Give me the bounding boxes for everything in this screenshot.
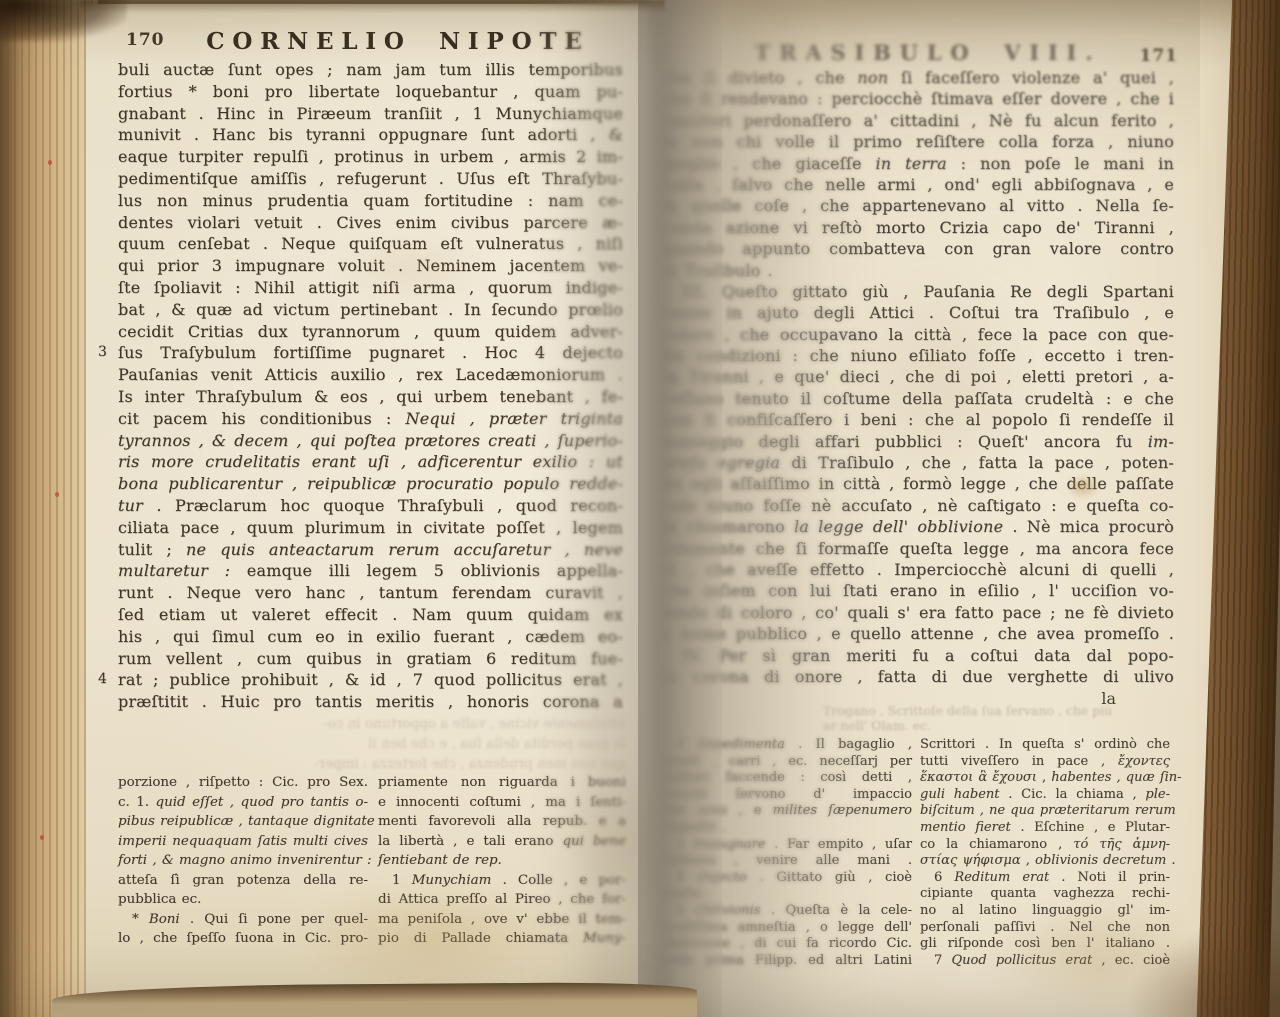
footnote-column: porzione , riſpetto : Cic. pro Sex.c. 1.… bbox=[118, 775, 368, 951]
text-line: bratiſſima amneſtia , o legge dell' bbox=[662, 920, 912, 937]
text-line: ſa chiamarono la legge dell' obblivione … bbox=[662, 517, 1174, 538]
text-line: tyrannos , & decem , qui poſtea prætores… bbox=[118, 431, 623, 453]
right-page: TRASIBULO VIII. 171 che ſi divieto , che… bbox=[648, 0, 1238, 1017]
footnote-column: priamente non riguarda i buonie innocent… bbox=[378, 775, 626, 951]
red-speck bbox=[48, 160, 52, 165]
text-line: co la chiamarono , τό τῆς ἀμνη- bbox=[920, 837, 1170, 854]
red-speck bbox=[55, 492, 59, 497]
text-line: buli auctæ ſunt opes ; nam jam tum illis… bbox=[118, 60, 623, 82]
text-line: ta Tiranni , e que' dieci , che di poi ,… bbox=[662, 367, 1174, 388]
text-line: 1 Munychiam . Colle , e por- bbox=[378, 873, 626, 893]
text-line: ἕκαστοι ἃ ἔχουσι , habentes , quæ ſin- bbox=[920, 770, 1170, 787]
left-page-footnotes: porzione , riſpetto : Cic. pro Sex.c. 1.… bbox=[118, 775, 626, 951]
text-line: Scrittori . In queſta s' ordinò che bbox=[920, 737, 1170, 754]
text-line: rat ; publice prohibuit , & id , 7 quod … bbox=[118, 670, 623, 692]
text-line: priamente non riguarda i buoni bbox=[378, 775, 626, 795]
text-line: obblivione , di cui fa ricordo Cic. bbox=[662, 936, 912, 953]
text-line: impediti . bbox=[662, 820, 912, 837]
text-line: alle armi , e milites ſæpenumero bbox=[662, 803, 912, 820]
text-line: porzione , riſpetto : Cic. pro Sex. bbox=[118, 775, 368, 795]
text-line: fortius * boni pro libertate loquebantur… bbox=[118, 82, 623, 104]
text-line: vincitori perdonaſſero a' cittadini , Nè… bbox=[662, 111, 1174, 132]
text-line: a nome pubblico , e quello attenne , che… bbox=[662, 624, 1174, 645]
margin-section-number: 3 bbox=[98, 344, 107, 360]
text-line: multaretur : eamque illi legem 5 oblivio… bbox=[118, 561, 623, 583]
text-line: bat , & quæ ad victum pertinebant . In ſ… bbox=[118, 300, 623, 322]
text-line: forti , & magno animo invenirentur : bbox=[118, 853, 368, 873]
text-line: runt . Neque vero hanc , tantum ferendam… bbox=[118, 583, 623, 605]
text-line: non ſi confiſcaſſero i beni : che al pop… bbox=[662, 410, 1174, 431]
text-line: e innocenti coſtumi , ma i ſenti- bbox=[378, 795, 626, 815]
text-line: violenza , venire alle mani . bbox=[662, 853, 912, 870]
text-line: 5 Oblivionis . Queſta è la cele- bbox=[662, 903, 912, 920]
text-line: munivit . Hanc bis tyranni oppugnare ſun… bbox=[118, 125, 623, 147]
text-line: quando appunto combatteva con gran valor… bbox=[662, 239, 1174, 260]
text-line: 6 Reditum erat . Noti il prin- bbox=[920, 870, 1170, 887]
text-line: 4 Dejecto . Gittato giù , cioè bbox=[662, 870, 912, 887]
text-line: pibus reipublicæ , tantaque dignitate bbox=[118, 814, 368, 834]
text-line: ſte condizioni : che niuno eſiliato foſſ… bbox=[662, 346, 1174, 367]
right-page-footnotes: 2 Impedimenta . Il bagaglio ,arneſi , ca… bbox=[662, 737, 1176, 969]
text-line: IV. Per sì gran meriti fu a coſtui data … bbox=[662, 646, 1174, 667]
text-line: no al latino linguaggio gl' im- bbox=[920, 903, 1170, 920]
text-line: III. Queſto gittato giù , Pauſania Re de… bbox=[662, 282, 1174, 303]
text-line: venne in ajuto degli Attici . Coſtui tra… bbox=[662, 303, 1174, 324]
text-line: tur . Præclarum hoc quoque Thraſybuli , … bbox=[118, 496, 623, 518]
text-line: rum vellent , cum quibus in gratiam 6 re… bbox=[118, 649, 623, 671]
text-line: ma peniſola , ove v' ebbe il tem- bbox=[378, 912, 626, 932]
red-speck bbox=[40, 835, 44, 840]
text-line: coſe niuno foſſe nè accuſato , nè caſtig… bbox=[662, 496, 1174, 517]
text-line: di Attica preſſo al Pireo , che for- bbox=[378, 892, 626, 912]
text-line: ſed etiam ut valeret effecit . Nam quum … bbox=[118, 605, 623, 627]
dark-corner-top-left bbox=[0, 0, 127, 42]
text-line: qui prior 3 impugnare voluit . Neminem j… bbox=[118, 256, 623, 278]
text-line: tulit ; ne quis anteactarum rerum accuſa… bbox=[118, 540, 623, 562]
text-line: lus non minus prudentia quam fortitudine… bbox=[118, 191, 623, 213]
footnote-column: 2 Impedimenta . Il bagaglio ,arneſi , ca… bbox=[662, 737, 912, 969]
text-line: che ſi rendevano : perciocchè ſtimava eſ… bbox=[662, 89, 1174, 110]
running-title-left: CORNELIO NIPOTE bbox=[118, 28, 623, 55]
show-through-text: Trogano , Scrittoſe della ſua ſervano , … bbox=[823, 703, 1153, 733]
text-line: ſte ſpoliavit : Nihil attigit niſi arma … bbox=[118, 278, 623, 300]
text-line: arneſi , carri , ec. neceſſarj per bbox=[662, 754, 912, 771]
text-line: ſpogliò , che giaceſſe in terra : non po… bbox=[662, 154, 1174, 175]
text-line: atteſamente vicine , valſe a opportuno i… bbox=[126, 716, 626, 736]
text-line: imperii nequaquam ſatis multi cives bbox=[118, 834, 368, 854]
left-page-body: buli auctæ ſunt opes ; nam jam tum illis… bbox=[118, 60, 623, 714]
text-line: mentio fieret . Eſchine , e Plutar- bbox=[920, 820, 1170, 837]
text-line: pubblica ec. bbox=[118, 892, 368, 912]
text-line: στίας ψήφισμα , oblivionis decretum . bbox=[920, 853, 1170, 870]
text-line: in quelle coſe , che appartenevano al vi… bbox=[662, 196, 1174, 217]
text-line: atteſa ſì gran potenza della re- bbox=[118, 873, 368, 893]
text-line: tutti viveſſero in pace , ἔχοντες bbox=[920, 754, 1170, 771]
text-line: menti favorevoli alla repub. e a bbox=[378, 814, 626, 834]
text-line: la gran perdita della ſua , e che ben il bbox=[126, 736, 626, 756]
text-line: ſolamente che ſi formaſſe queſta legge ,… bbox=[662, 539, 1174, 560]
text-line: 2 Impedimenta . Il bagaglio , bbox=[662, 737, 912, 754]
open-book-photo: 170 CORNELIO NIPOTE buli auctæ ſunt opes… bbox=[0, 0, 1280, 1017]
text-line: gnabant . Hinc in Piræeum tranſiit , 1 M… bbox=[118, 104, 623, 126]
text-line: cipiante quanta vaghezza rechi- bbox=[920, 886, 1170, 903]
text-line: lo , che ſpeſſo ſuona in Cic. pro- bbox=[118, 931, 368, 951]
text-line: pedimentiſque amiſſis , refugerunt . Uſu… bbox=[118, 169, 623, 191]
text-line: præſtitit . Huic pro tantis meritis , ho… bbox=[118, 692, 623, 714]
text-line: * Boni . Qui ſi pone per quel- bbox=[118, 912, 368, 932]
text-line: preſa egregia di Traſibulo , che , fatta… bbox=[662, 453, 1174, 474]
text-line: quum cenſebat . Neque quiſquam eſt vulne… bbox=[118, 234, 623, 256]
text-line: Pauſanias venit Atticis auxilio , rex La… bbox=[118, 365, 623, 387]
text-line: Trogano , Scrittoſe della ſua ſervano , … bbox=[823, 703, 1153, 718]
text-line: conda azione vi reſtò morto Crizia capo … bbox=[662, 218, 1174, 239]
left-page-header: 170 CORNELIO NIPOTE bbox=[118, 28, 623, 58]
text-line: la libertà , e tali erano qui bene bbox=[378, 834, 626, 854]
text-line: c. 1. quid eſſet , quod pro tantis o- bbox=[118, 795, 368, 815]
text-line: biſcitum , ne qua præteritarum rerum bbox=[920, 803, 1170, 820]
text-line: veſſano tenuto il coſtume della paſſata … bbox=[662, 389, 1174, 410]
text-line: sì , che aveſſe effetto . Imperciocchè a… bbox=[662, 560, 1174, 581]
text-line: bona publicarentur , reipublicæ procurat… bbox=[118, 474, 623, 496]
text-line: pio di Pallade chiamata Muny- bbox=[378, 931, 626, 951]
text-line: ciliata pace , quum plurimum in civitate… bbox=[118, 518, 623, 540]
page-edge-stack-left bbox=[0, 0, 98, 1017]
left-page: 170 CORNELIO NIPOTE buli auctæ ſunt opes… bbox=[86, 4, 661, 1012]
text-line: nulla , ſalvo che nelle armi , ond' egli… bbox=[662, 175, 1174, 196]
right-page-header: TRASIBULO VIII. 171 bbox=[662, 40, 1174, 70]
text-line: que non men prudenza , che fortezza : im… bbox=[126, 756, 626, 776]
text-line: ar nell' Olam. ec. bbox=[823, 718, 1153, 733]
text-line: guli habent . Cic. la chiama , ple- bbox=[920, 787, 1170, 804]
text-line: eaque turpiter repulſi , protinus in urb… bbox=[118, 147, 623, 169]
top-edge-shadow bbox=[80, 0, 665, 13]
text-line: 3 Impugnare . Far empito , uſar bbox=[662, 837, 912, 854]
text-line: nella prima Filipp. ed altri Latini bbox=[662, 953, 912, 970]
right-page-body: che ſi divieto , che non ſi faceſſero vi… bbox=[662, 68, 1174, 688]
text-line: di Traſibulo . bbox=[662, 261, 1174, 282]
text-line: ſe non chi volle il primo reſiſtere coll… bbox=[662, 132, 1174, 153]
text-line: che inſiem con lui ſtati erano in eſilio… bbox=[662, 581, 1174, 602]
text-line: cecidit Critias dux tyrannorum , quum qu… bbox=[118, 322, 623, 344]
text-line: dentes violari vetuit . Cives enim civib… bbox=[118, 213, 623, 235]
show-through-text: atteſamente vicine , valſe a opportuno i… bbox=[126, 716, 626, 776]
text-line: ſus Traſybulum fortiſſime pugnaret . Hoc… bbox=[118, 343, 623, 365]
text-line: ris more crudelitatis erant uſi , adfice… bbox=[118, 452, 623, 474]
page-number-right: 171 bbox=[1140, 46, 1179, 66]
text-line: coloro , che occupavano la città , fece … bbox=[662, 325, 1174, 346]
text-line: lendo di coloro , co' quali s' era fatto… bbox=[662, 603, 1174, 624]
text-line: do egli aſſaiſſimo in città , formò legg… bbox=[662, 474, 1174, 495]
text-line: che ſi divieto , che non ſi faceſſero vi… bbox=[662, 68, 1174, 89]
text-line: lo corona di onore , fatta di due verghe… bbox=[662, 667, 1174, 688]
text-line: ſentiebant de rep. bbox=[378, 853, 626, 873]
text-line: cit pacem his conditionibus : Nequi , pr… bbox=[118, 409, 623, 431]
margin-section-number: 4 bbox=[98, 671, 107, 687]
text-line: Is inter Thraſybulum & eos , qui urbem t… bbox=[118, 387, 623, 409]
text-line: morto . bbox=[662, 886, 912, 903]
text-line: maneggio degli affari pubblici : Queſt' … bbox=[662, 432, 1174, 453]
text-line: militari faccende : così detti , bbox=[662, 770, 912, 787]
running-title-right: TRASIBULO VIII. bbox=[662, 40, 1174, 65]
text-line: perchè ſervono d' impaccio bbox=[662, 787, 912, 804]
dark-corner-bottom-right bbox=[1130, 925, 1280, 1017]
text-line: his , qui ſimul cum eo in exilio fuerant… bbox=[118, 627, 623, 649]
